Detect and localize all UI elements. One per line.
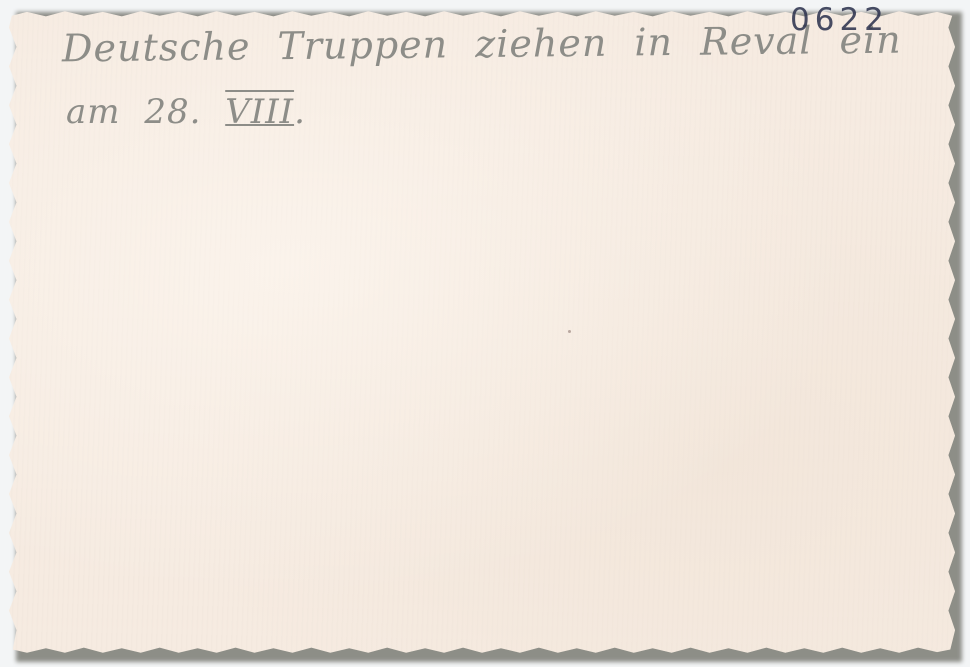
inscription-period: .: [294, 92, 306, 132]
paper-speck: [568, 330, 571, 333]
inscription-date: am 28.: [66, 92, 201, 132]
inscription-month: VIII: [225, 92, 294, 132]
inscription-line-2: am 28. VIII.: [66, 92, 306, 132]
photo-scene: Deutsche Truppen ziehen in Reval ein am …: [0, 0, 970, 667]
archive-number-stamp: 0622: [790, 2, 889, 38]
inscription-line-1: Deutsche Truppen ziehen in Reval ein: [62, 18, 902, 71]
